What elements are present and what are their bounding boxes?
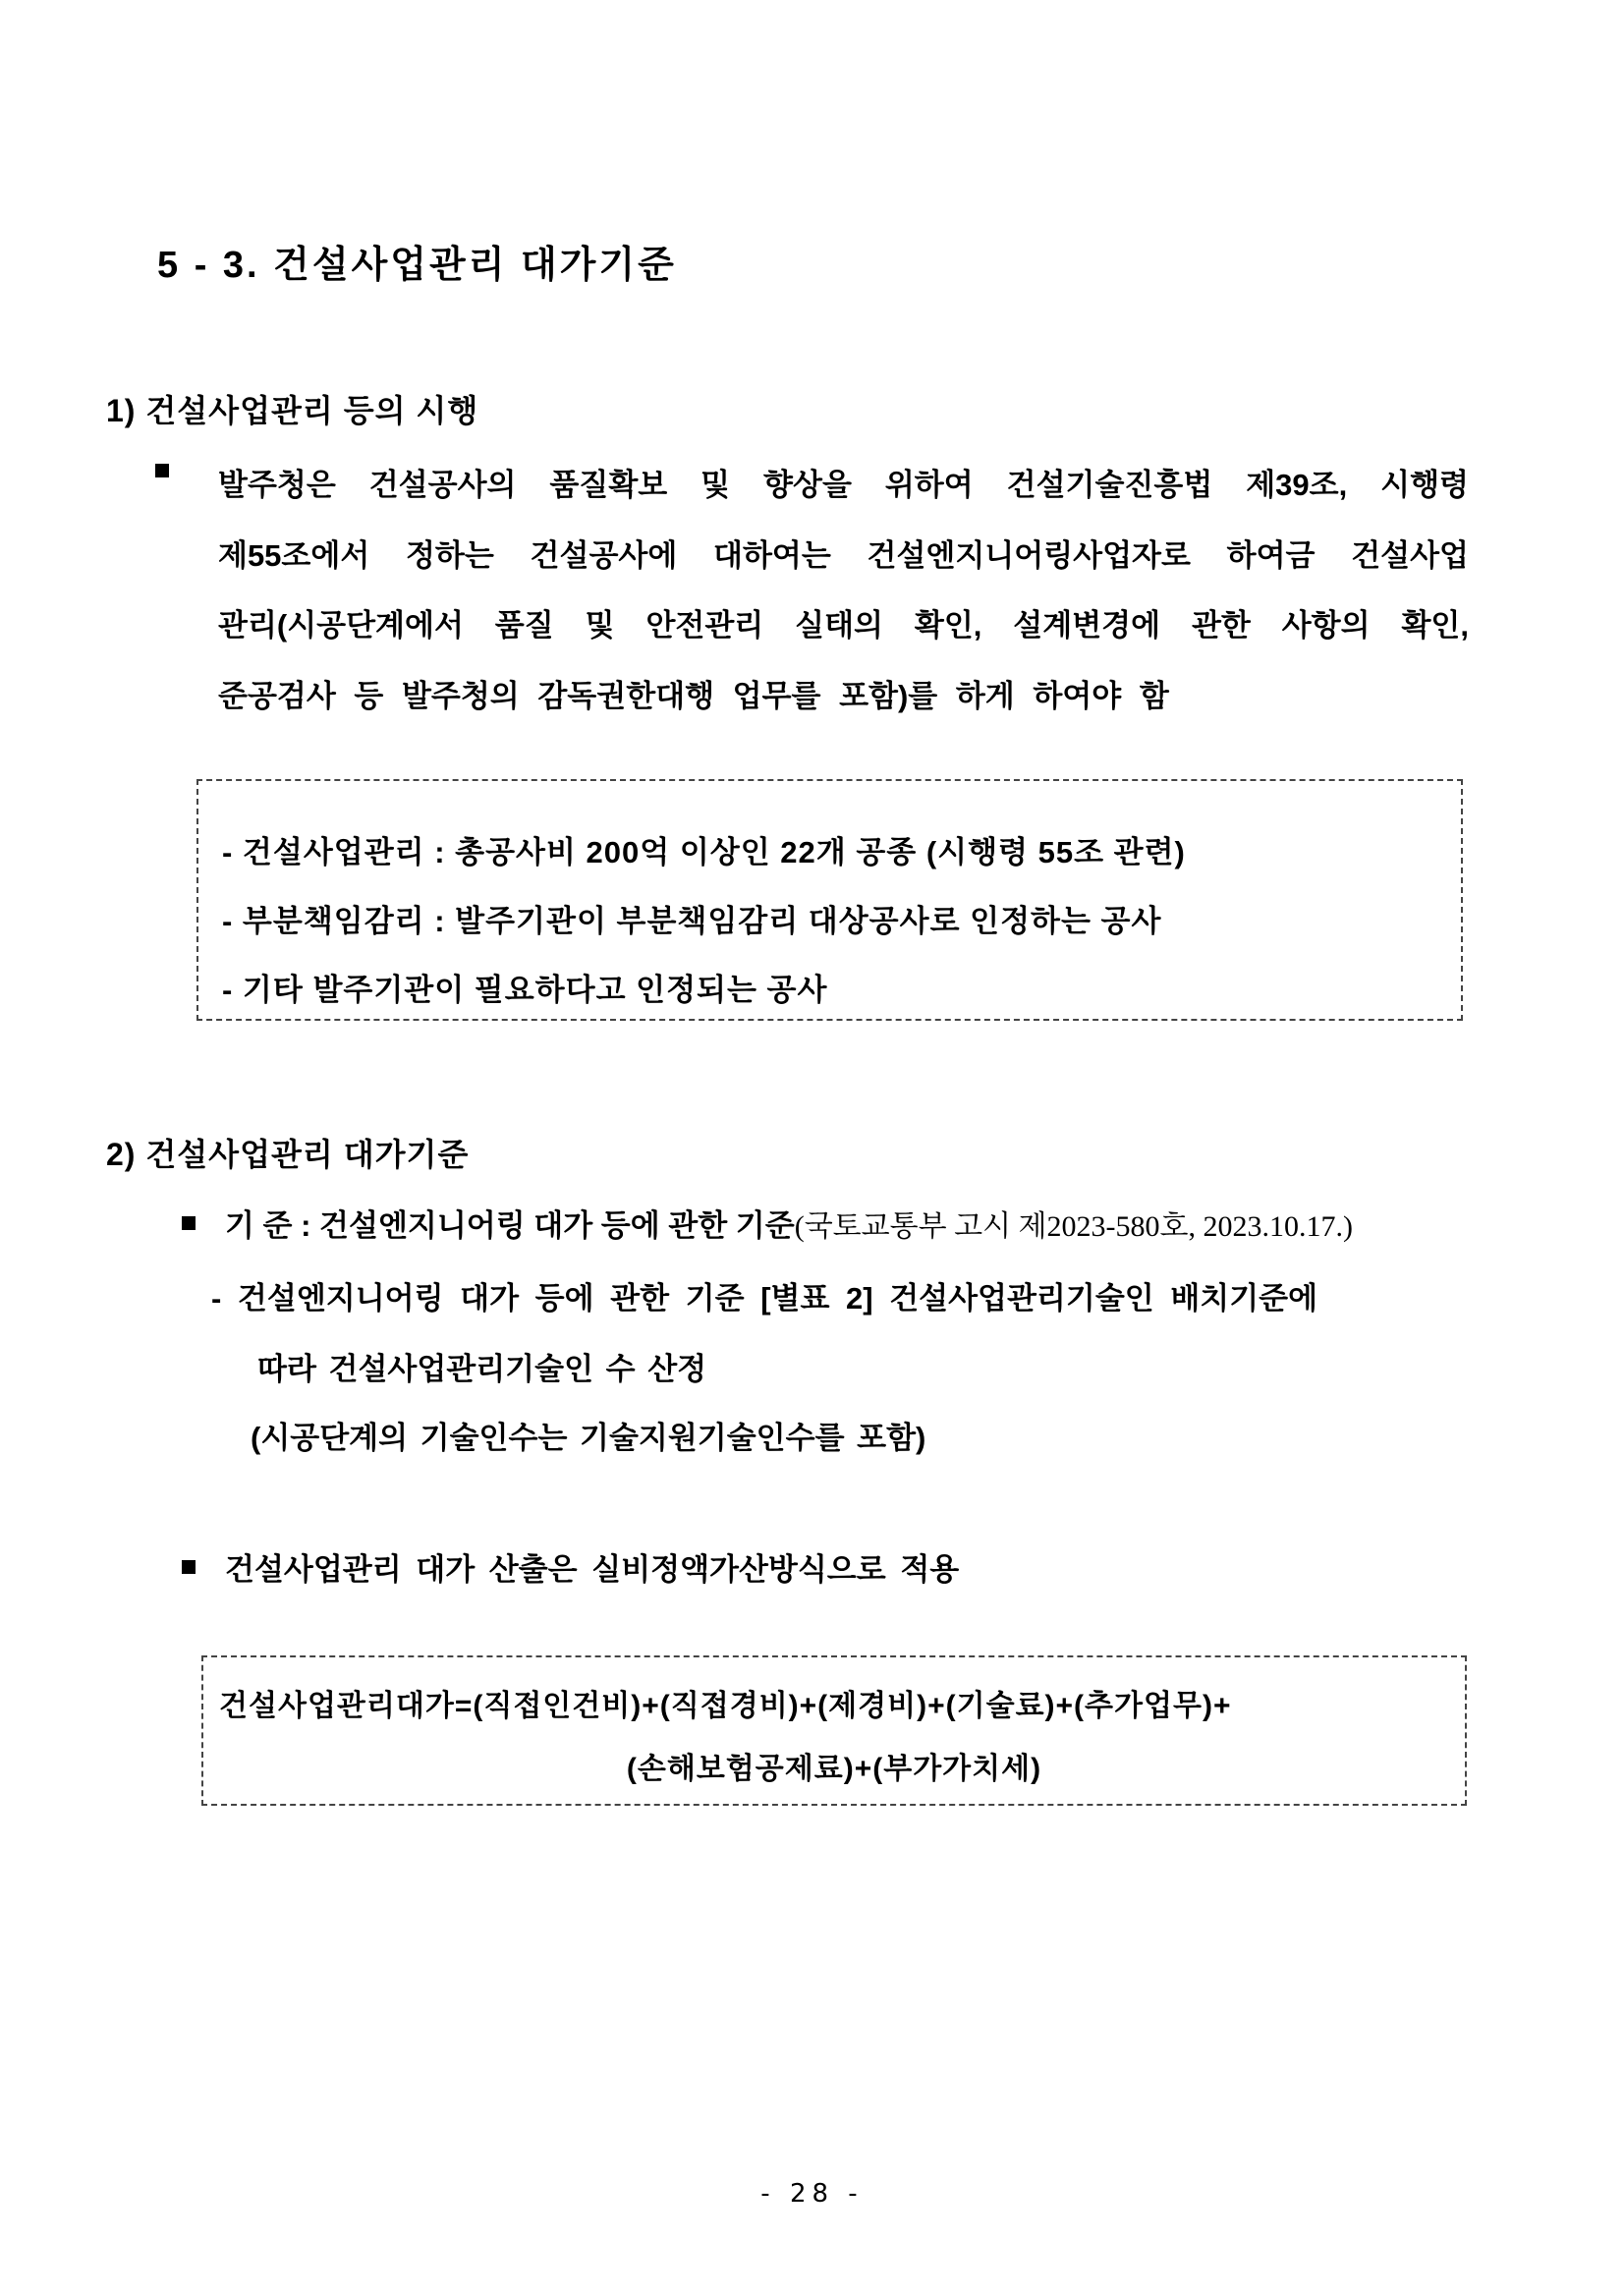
paragraph-line: 제55조에서 정하는 건설공사에 대하여는 건설엔지니어링사업자로 하여금 건설… xyxy=(218,521,1469,591)
formula-line: (손해보험공제료)+(부가가치세) xyxy=(219,1738,1449,1801)
calculation-method-line: 건설사업관리 대가 산출은 실비정액가산방식으로 적용 xyxy=(182,1544,959,1589)
page-title: 5 - 3. 건설사업관리 대가기준 xyxy=(157,234,677,288)
box-item: - 건설사업관리 : 총공사비 200억 이상인 22개 공종 (시행령 55조… xyxy=(222,818,1461,887)
scope-note-box: - 건설사업관리 : 총공사비 200억 이상인 22개 공종 (시행령 55조… xyxy=(196,779,1463,1021)
standard-sub-line: - 건설엔지니어링 대가 등에 관한 기준 [별표 2] 건설사업관리기술인 배… xyxy=(211,1273,1317,1317)
square-bullet-icon xyxy=(155,464,169,477)
calculation-method-text: 건설사업관리 대가 산출은 실비정액가산방식으로 적용 xyxy=(225,1552,959,1587)
box-item: - 기타 발주기관이 필요하다고 인정되는 공사 xyxy=(222,956,1461,1025)
square-bullet-icon xyxy=(182,1560,196,1574)
square-bullet-icon xyxy=(182,1216,196,1230)
standard-notice-ref: (국토교통부 고시 제2023-580호, 2023.10.17.) xyxy=(795,1210,1353,1243)
paragraph-line: 관리(시공단계에서 품질 및 안전관리 실태의 확인, 설계변경에 관한 사항의… xyxy=(218,590,1469,661)
standard-sub-line: (시공단계의 기술인수는 기술지원기술인수를 포함) xyxy=(251,1413,925,1457)
standard-reference-line: 기 준 : 건설엔지니어링 대가 등에 관한 기준(국토교통부 고시 제2023… xyxy=(182,1201,1353,1245)
box-item: - 부분책임감리 : 발주기관이 부분책임감리 대상공사로 인정하는 공사 xyxy=(222,887,1461,956)
formula-line: 건설사업관리대가=(직접인건비)+(직접경비)+(제경비)+(기술료)+(추가업… xyxy=(219,1675,1449,1738)
section-1-paragraph: 발주청은 건설공사의 품질확보 및 향상을 위하여 건설기술진흥법 제39조, … xyxy=(155,450,1469,731)
standard-title: 기 준 : 건설엔지니어링 대가 등에 관한 기준 xyxy=(225,1208,795,1243)
section-2-heading: 2) 건설사업관리 대가기준 xyxy=(106,1130,469,1175)
formula-box: 건설사업관리대가=(직접인건비)+(직접경비)+(제경비)+(기술료)+(추가업… xyxy=(201,1655,1467,1806)
paragraph-line: 준공검사 등 발주청의 감독권한대행 업무를 포함)를 하게 하여야 함 xyxy=(218,661,1469,732)
paragraph-line: 발주청은 건설공사의 품질확보 및 향상을 위하여 건설기술진흥법 제39조, … xyxy=(218,450,1469,521)
section-1-heading: 1) 건설사업관리 등의 시행 xyxy=(106,386,478,431)
document-page: 5 - 3. 건설사업관리 대가기준 1) 건설사업관리 등의 시행 발주청은 … xyxy=(0,0,1624,2296)
paragraph-lines: 발주청은 건설공사의 품질확보 및 향상을 위하여 건설기술진흥법 제39조, … xyxy=(218,450,1469,731)
standard-sub-line: 따라 건설사업관리기술인 수 산정 xyxy=(257,1344,706,1388)
page-number: - 28 - xyxy=(0,2179,1624,2209)
